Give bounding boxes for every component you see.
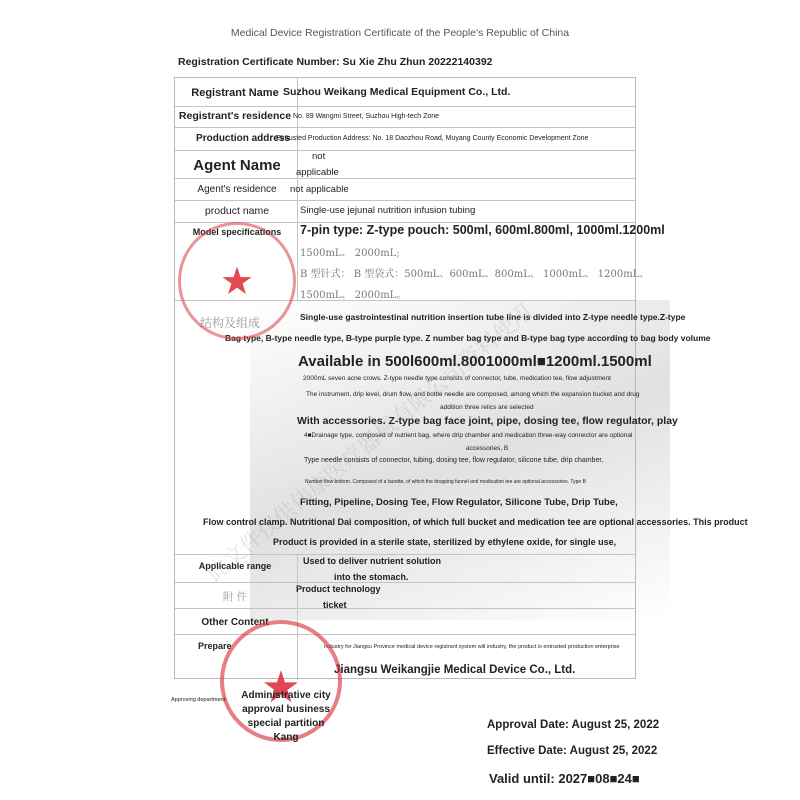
attachment-value-line1: Product technology [296, 584, 381, 594]
registrant-name-label: Registrant Name [174, 87, 296, 99]
agent-residence-label: Agent's residence [174, 184, 300, 195]
structure-line-12: Fitting, Pipeline, Dosing Tee, Flow Regu… [300, 497, 618, 508]
registration-number: Registration Certificate Number: Su Xie … [178, 56, 493, 68]
registrant-residence-label: Registrant's residence [174, 110, 296, 122]
prepare-line1: Industry for Jiangsu Province medical de… [324, 644, 620, 650]
attachment-label: 附 件 [174, 589, 296, 604]
structure-line-5: The instrument, drip level, drum flow, a… [306, 391, 640, 398]
effective-date: Effective Date: August 25, 2022 [487, 745, 657, 757]
department-line-3: special partition [236, 717, 336, 731]
structure-line-6: addition three relics are selected [440, 404, 534, 411]
model-spec-line1: 7-pin type: Z-type pouch: 500ml, 600ml.8… [300, 223, 665, 237]
structure-line-9: accessories, B [466, 445, 508, 452]
row-divider [175, 608, 635, 609]
row-divider [175, 178, 635, 179]
row-divider [175, 200, 635, 201]
agent-name-label: Agent Name [174, 157, 300, 174]
attachment-value-line2: ticket [323, 600, 347, 610]
model-spec-line4: 1500mL、 2000mL。 [300, 286, 406, 301]
approving-department-label: Approving department [171, 697, 225, 703]
prepare-line2: Jiangsu Weikangjie Medical Device Co., L… [334, 664, 575, 676]
approval-date: Approval Date: August 25, 2022 [487, 719, 659, 731]
row-divider [175, 582, 635, 583]
row-divider [175, 127, 635, 128]
agent-name-value-line1: not [312, 151, 325, 162]
approving-department-value: Administrative city approval business sp… [236, 689, 336, 745]
agent-name-value-line2: applicable [296, 167, 339, 178]
applicable-range-value-line1: Used to deliver nutrient solution [303, 556, 441, 566]
applicable-range-value-line2: into the stomach. [334, 572, 409, 582]
product-name-value: Single-use jejunal nutrition infusion tu… [300, 205, 475, 216]
production-address-value: Entrusted Production Address: No. 18 Dao… [276, 135, 588, 142]
seal-star-icon: ★ [217, 262, 257, 302]
agent-residence-value: not applicable [290, 184, 349, 195]
registrant-residence-value: No. 89 Wangmi Street, Suzhou High-tech Z… [293, 113, 439, 120]
structure-line-7: With accessories. Z-type bag face joint,… [297, 415, 678, 427]
row-divider [175, 106, 635, 107]
registrant-name-value: Suzhou Weikang Medical Equipment Co., Lt… [283, 86, 510, 98]
department-line-1: Administrative city [236, 689, 336, 703]
product-name-label: product name [174, 205, 300, 217]
valid-until-date: Valid until: 2027■08■24■ [489, 771, 640, 786]
department-line-4: Kang [236, 731, 336, 745]
document-title: Medical Device Registration Certificate … [0, 27, 800, 39]
prepare-label: Prepare [198, 641, 232, 651]
department-line-2: approval business [236, 703, 336, 717]
row-divider [175, 150, 635, 151]
structure-line-14: Product is provided in a sterile state, … [273, 537, 616, 547]
model-spec-line2: 1500mL、 2000mL; [300, 244, 400, 259]
